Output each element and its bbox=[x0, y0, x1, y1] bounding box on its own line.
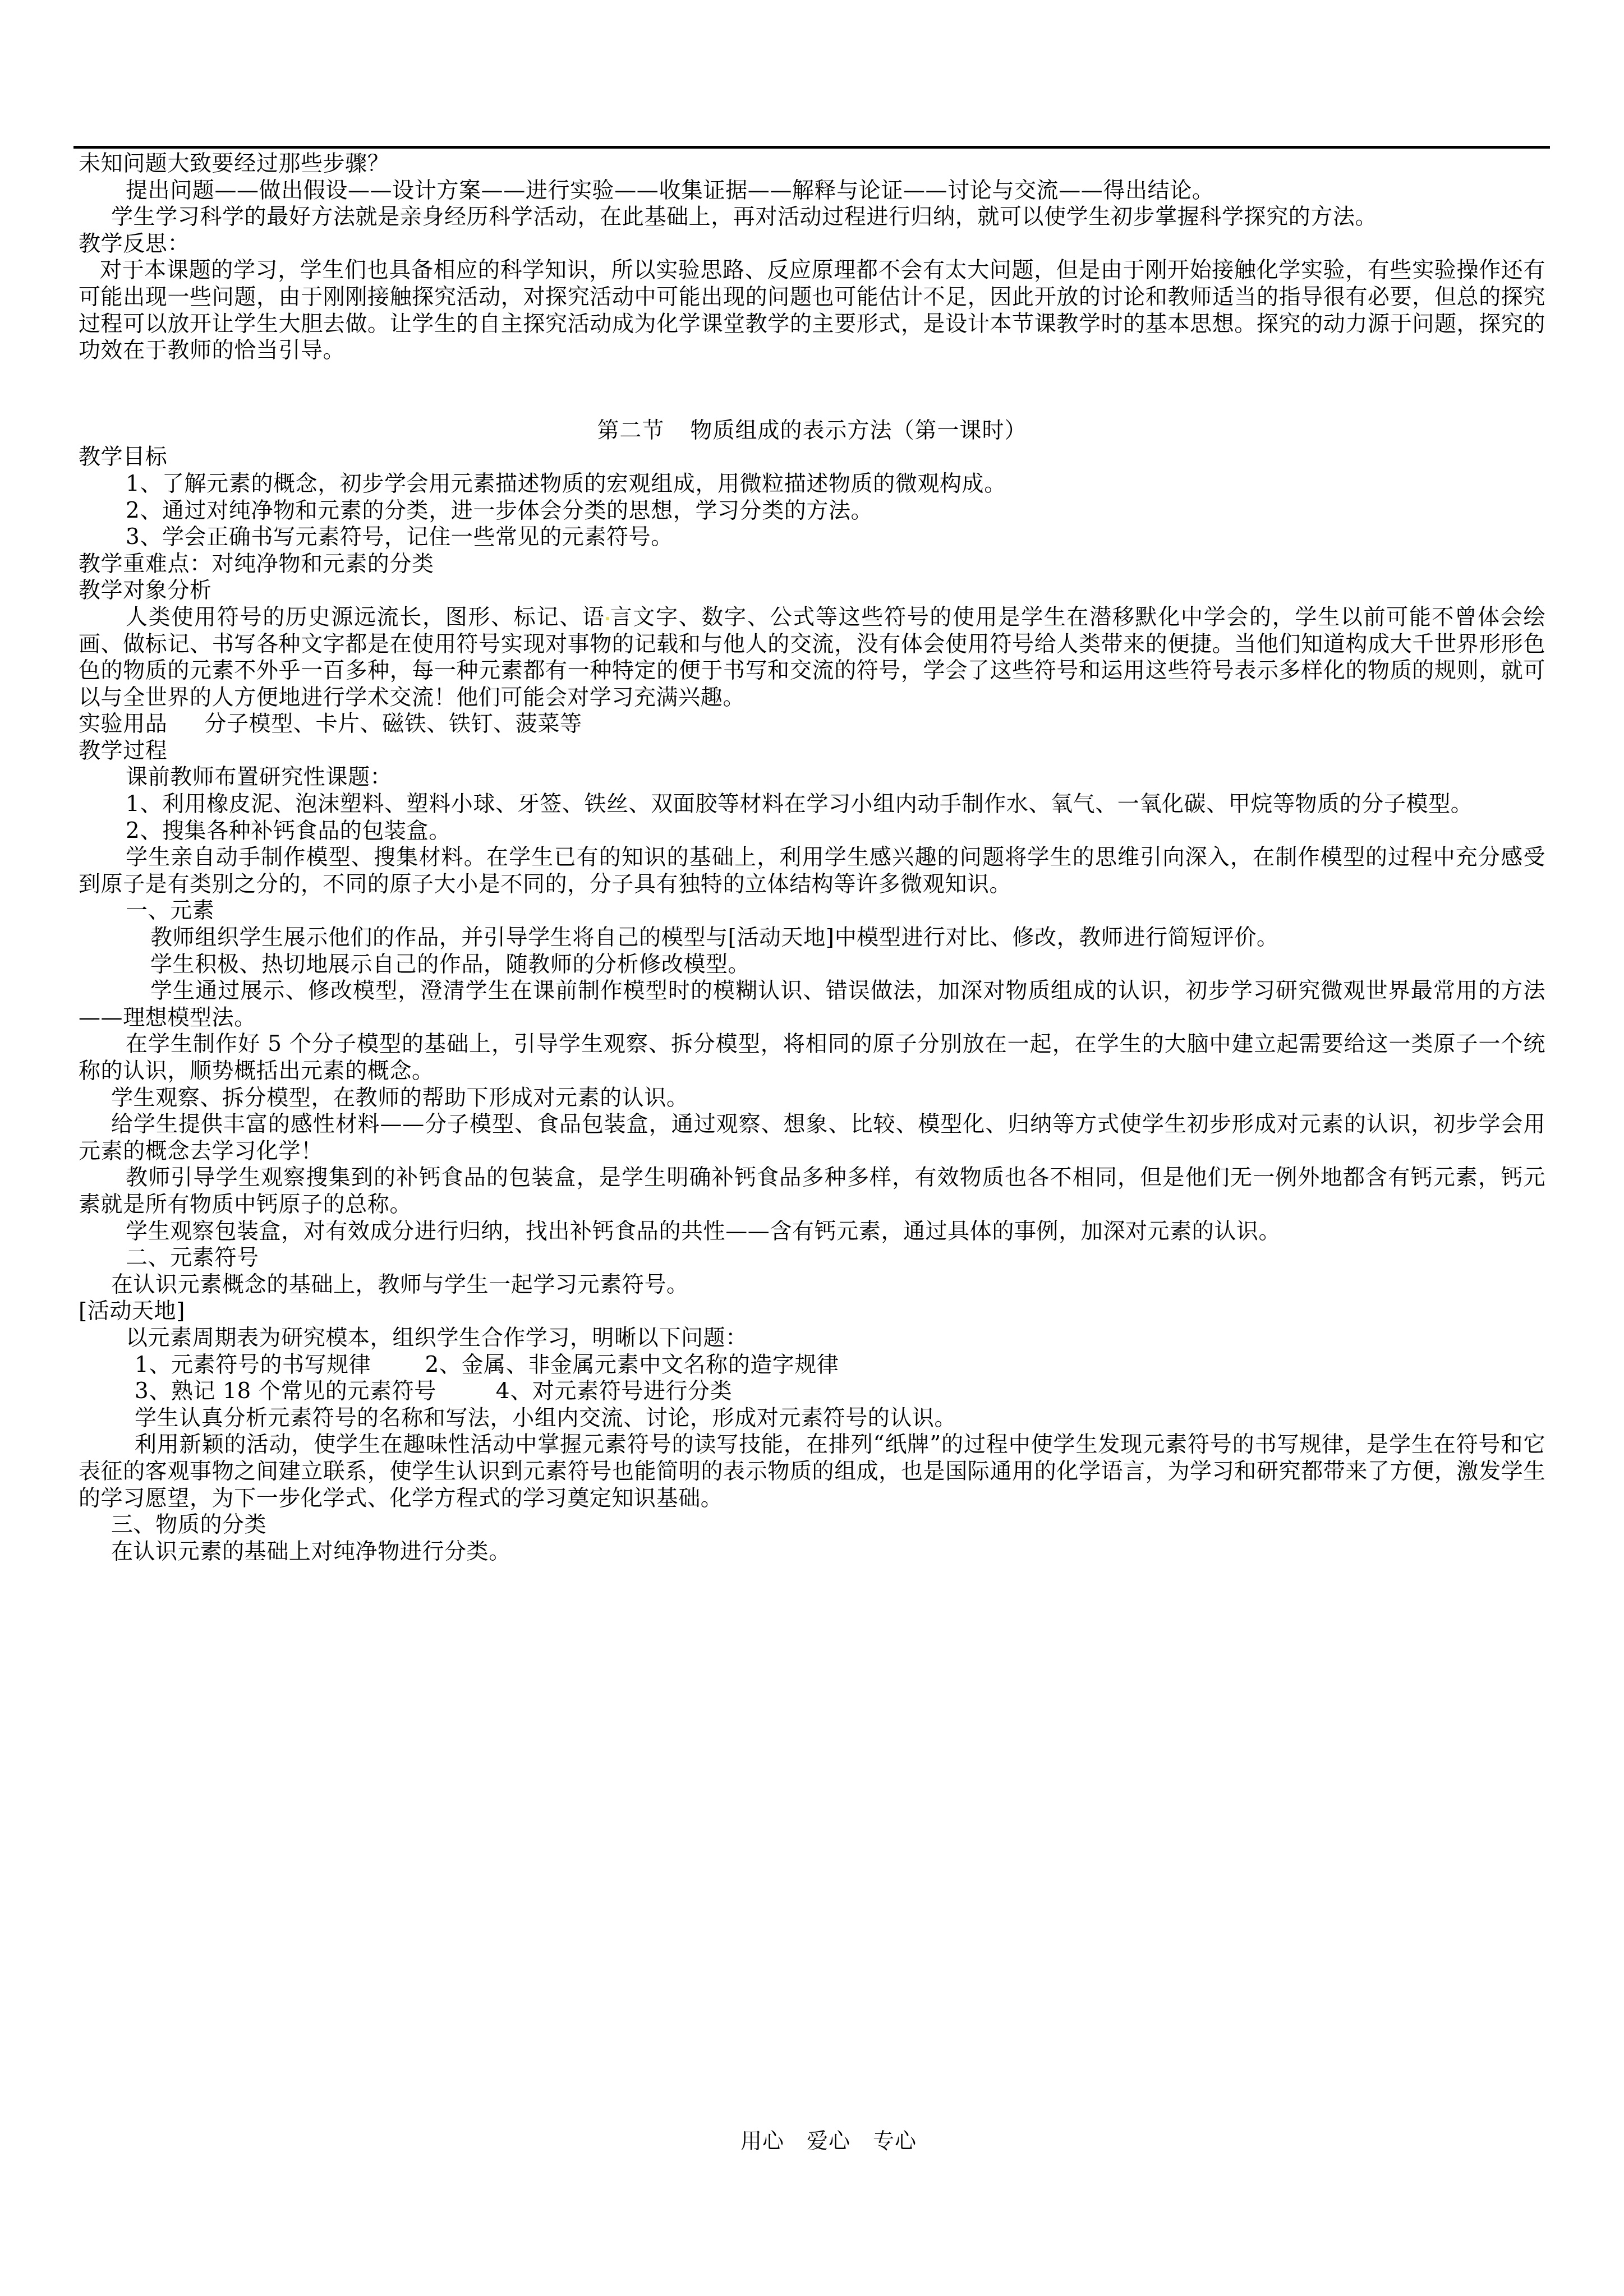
part1-paragraph: 学生观察、拆分模型，在教师的帮助下形成对元素的认识。 bbox=[79, 1085, 1545, 1112]
activity-questions-row: 1、元素符号的书写规律2、金属、非金属元素中文名称的造字规律 bbox=[79, 1352, 1545, 1378]
activity-label: [活动天地] bbox=[79, 1298, 1545, 1325]
part2-heading: 二、元素符号 bbox=[79, 1244, 1545, 1271]
method-paragraph: 学生学习科学的最好方法就是亲身经历科学活动，在此基础上，再对活动过程进行归纳，就… bbox=[79, 204, 1545, 230]
analysis-text-part: 人类使用符号的历史源远流长，图形、标记、语 bbox=[126, 605, 605, 630]
part1-paragraph: 在学生制作好 5 个分子模型的基础上，引导学生观察、拆分模型，将相同的原子分别放… bbox=[79, 1031, 1545, 1084]
section-title: 物质组成的表示方法（第一课时） bbox=[691, 418, 1027, 443]
objective-item: 3、学会正确书写元素符号，记住一些常见的元素符号。 bbox=[79, 524, 1545, 551]
part1-paragraph: 学生观察包装盒，对有效成分进行归纳，找出补钙食品的共性——含有钙元素，通过具体的… bbox=[79, 1218, 1545, 1245]
page-footer: 用心爱心专心 bbox=[73, 2127, 1550, 2154]
document-page: 未知问题大致要经过那些步骤？ 提出问题——做出假设——设计方案——进行实验——收… bbox=[73, 0, 1550, 2296]
document-body: 未知问题大致要经过那些步骤？ 提出问题——做出假设——设计方案——进行实验——收… bbox=[79, 150, 1545, 1565]
process-label: 教学过程 bbox=[79, 737, 1545, 764]
activity-question: 4、对元素符号进行分类 bbox=[496, 1378, 732, 1404]
part1-paragraph: 教师引导学生观察搜集到的补钙食品的包装盒，是学生明确补钙食品多种多样，有效物质也… bbox=[79, 1164, 1545, 1218]
inquiry-steps: 提出问题——做出假设——设计方案——进行实验——收集证据——解释与论证——讨论与… bbox=[79, 177, 1545, 204]
highlight-mark bbox=[606, 617, 609, 620]
activity-question: 1、元素符号的书写规律 bbox=[135, 1352, 371, 1377]
task-item: 1、利用橡皮泥、泡沫塑料、塑料小球、牙签、铁丝、双面胶等材料在学习小组内动手制作… bbox=[79, 791, 1545, 818]
materials-items: 分子模型、卡片、磁铁、铁钉、菠菜等 bbox=[204, 711, 582, 736]
objectives-label: 教学目标 bbox=[79, 444, 1545, 471]
materials-line: 实验用品分子模型、卡片、磁铁、铁钉、菠菜等 bbox=[79, 711, 1545, 737]
footer-word: 用心 bbox=[740, 2128, 784, 2153]
reflection-label: 教学反思： bbox=[79, 230, 1545, 257]
section-heading: 第二节物质组成的表示方法（第一课时） bbox=[79, 417, 1545, 444]
part1-paragraph: 学生通过展示、修改模型，澄清学生在课前制作模型时的模糊认识、错误做法，加深对物质… bbox=[79, 978, 1545, 1031]
part3-paragraph: 在认识元素的基础上对纯净物进行分类。 bbox=[79, 1538, 1545, 1565]
preclass-assignment: 课前教师布置研究性课题： bbox=[79, 764, 1545, 791]
part1-paragraph: 教师组织学生展示他们的作品，并引导学生将自己的模型与[活动天地]中模型进行对比、… bbox=[79, 924, 1545, 951]
footer-word: 专心 bbox=[873, 2128, 917, 2153]
part3-heading: 三、物质的分类 bbox=[79, 1511, 1545, 1538]
header-rule bbox=[73, 146, 1550, 149]
footer-word: 爱心 bbox=[807, 2128, 850, 2153]
section-number: 第二节 bbox=[597, 418, 664, 443]
analysis-text: 人类使用符号的历史源远流长，图形、标记、语言文字、数字、公式等这些符号的使用是学… bbox=[79, 604, 1545, 711]
reflection-text: 对于本课题的学习，学生们也具备相应的科学知识，所以实验思路、反应原理都不会有太大… bbox=[79, 257, 1545, 363]
materials-label: 实验用品 bbox=[79, 711, 167, 736]
activity-question: 3、熟记 18 个常见的元素符号 bbox=[135, 1378, 436, 1404]
task-item: 2、搜集各种补钙食品的包装盒。 bbox=[79, 818, 1545, 845]
part2-paragraph: 在认识元素概念的基础上，教师与学生一起学习元素符号。 bbox=[79, 1271, 1545, 1298]
objective-item: 2、通过对纯净物和元素的分类，进一步体会分类的思想，学习分类的方法。 bbox=[79, 497, 1545, 524]
intro-question: 未知问题大致要经过那些步骤？ bbox=[79, 150, 1545, 177]
activity-intro: 以元素周期表为研究模本，组织学生合作学习，明晰以下问题： bbox=[79, 1325, 1545, 1352]
part2-paragraph: 学生认真分析元素符号的名称和写法，小组内交流、讨论，形成对元素符号的认识。 bbox=[79, 1405, 1545, 1432]
objective-item: 1、了解元素的概念，初步学会用元素描述物质的宏观组成，用微粒描述物质的微观构成。 bbox=[79, 471, 1545, 497]
student-prep: 学生亲自动手制作模型、搜集材料。在学生已有的知识的基础上，利用学生感兴趣的问题将… bbox=[79, 844, 1545, 897]
analysis-label: 教学对象分析 bbox=[79, 577, 1545, 604]
part2-paragraph: 利用新颖的活动，使学生在趣味性活动中掌握元素符号的读写技能，在排列“纸牌”的过程… bbox=[79, 1431, 1545, 1511]
activity-questions-row: 3、熟记 18 个常见的元素符号4、对元素符号进行分类 bbox=[79, 1378, 1545, 1405]
part1-heading: 一、元素 bbox=[79, 897, 1545, 924]
part1-paragraph: 学生积极、热切地展示自己的作品，随教师的分析修改模型。 bbox=[79, 951, 1545, 978]
activity-question: 2、金属、非金属元素中文名称的造字规律 bbox=[425, 1352, 839, 1377]
key-points: 教学重难点：对纯净物和元素的分类 bbox=[79, 551, 1545, 578]
part1-paragraph: 给学生提供丰富的感性材料——分子模型、食品包装盒，通过观察、想象、比较、模型化、… bbox=[79, 1111, 1545, 1164]
